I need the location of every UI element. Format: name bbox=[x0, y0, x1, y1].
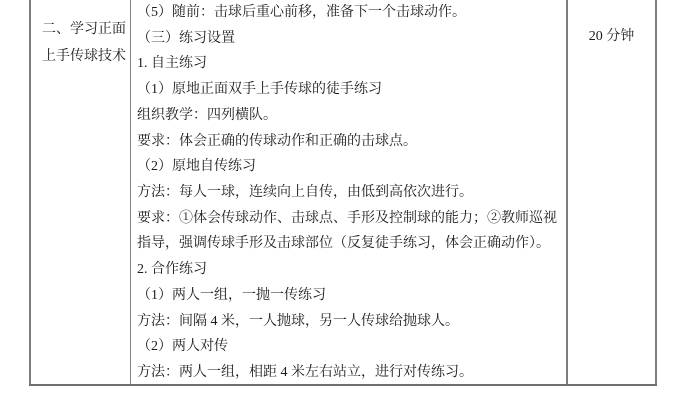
table-column-separator-2 bbox=[566, 0, 568, 386]
table-border-right bbox=[655, 0, 657, 386]
stage-title-line-1: 二、学习正面 bbox=[42, 16, 129, 43]
content-line: （2）两人对传 bbox=[137, 334, 566, 360]
content-line: 指导，强调传球手形及击球部位（反复徒手练习，体会正确动作）。 bbox=[137, 231, 566, 257]
content-line: 要求：①体会传球动作、击球点、手形及控制球的能力；②教师巡视 bbox=[137, 206, 566, 232]
stage-header-cell: 二、学习正面 上手传球技术 bbox=[31, 16, 129, 70]
content-line: （三）练习设置 bbox=[137, 26, 566, 52]
duration-value: 20 分钟 bbox=[568, 24, 655, 50]
content-line: 2. 合作练习 bbox=[137, 257, 566, 283]
content-line: （5）随前：击球后重心前移，准备下一个击球动作。 bbox=[137, 0, 566, 26]
content-line: 方法：两人一组，相距 4 米左右站立，进行对传练习。 bbox=[137, 360, 566, 386]
content-line: 要求：体会正确的传球动作和正确的击球点。 bbox=[137, 129, 566, 155]
content-line: 1. 自主练习 bbox=[137, 51, 566, 77]
content-line: （2）原地自传练习 bbox=[137, 154, 566, 180]
duration-cell: 20 分钟 bbox=[568, 24, 655, 50]
lesson-plan-table: 二、学习正面 上手传球技术 （5）随前：击球后重心前移，准备下一个击球动作。 （… bbox=[0, 0, 697, 402]
practice-content-cell: （5）随前：击球后重心前移，准备下一个击球动作。 （三）练习设置 1. 自主练习… bbox=[131, 0, 566, 386]
content-line: （1）原地正面双手上手传球的徒手练习 bbox=[137, 77, 566, 103]
stage-title-line-2: 上手传球技术 bbox=[42, 43, 129, 70]
content-line: 方法：每人一球，连续向上自传，由低到高依次进行。 bbox=[137, 180, 566, 206]
content-line: 组织教学：四列横队。 bbox=[137, 103, 566, 129]
content-line: 方法：间隔 4 米，一人抛球，另一人传球给抛球人。 bbox=[137, 309, 566, 335]
content-line: （1）两人一组，一抛一传练习 bbox=[137, 283, 566, 309]
